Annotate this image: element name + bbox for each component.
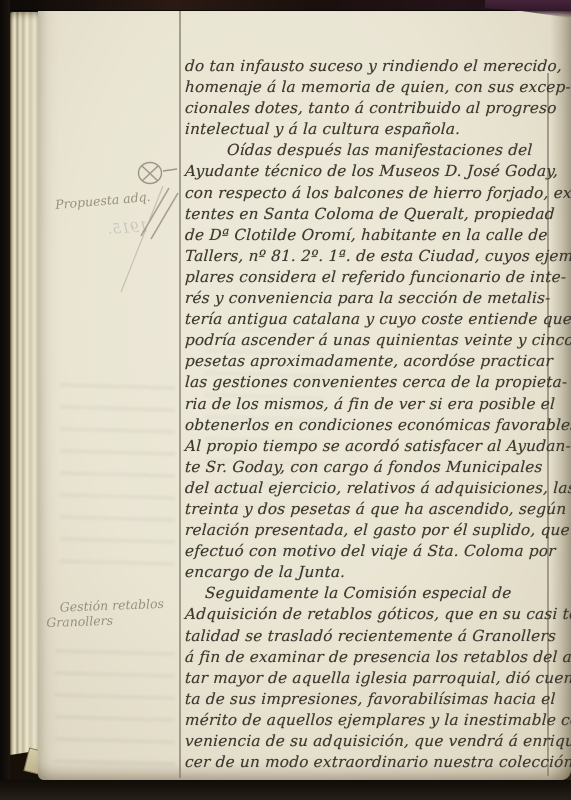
manuscript-line: veniencia de su adquisición, que vendrá … <box>184 731 547 752</box>
manuscript-line: tería antigua catalana y cuyo coste enti… <box>184 309 547 330</box>
manuscript-line: mérito de aquellos ejemplares y la inest… <box>184 710 547 731</box>
manuscript-line: do tan infausto suceso y rindiendo el me… <box>184 56 547 77</box>
manuscript-line: talidad se trasladó recientemente á Gran… <box>184 626 547 647</box>
manuscript-line: intelectual y á la cultura española. <box>184 119 547 140</box>
scanned-book-photo: 1915. do tan infausto suceso y rindiendo… <box>0 0 571 800</box>
book-page-stack-edge <box>8 12 41 774</box>
manuscript-line-paragraph-start: Seguidamente la Comisión especial de <box>184 583 547 604</box>
manuscript-line: Al propio tiempo se acordó satisfacer al… <box>184 436 547 457</box>
manuscript-line: relación presentada, el gasto por él sup… <box>184 520 547 541</box>
background-left-edge <box>0 0 10 800</box>
manuscript-line-paragraph-start: Oídas después las manifestaciones del <box>184 140 547 161</box>
manuscript-line: Ayudante técnico de los Museos D. José G… <box>184 161 547 182</box>
manuscript-line: treinta y dos pesetas á que ha ascendido… <box>184 499 547 520</box>
manuscript-line: cionales dotes, tanto á contribuido al p… <box>184 98 547 119</box>
manuscript-line: de Dª Clotilde Oromí, habitante en la ca… <box>184 225 547 246</box>
manuscript-line: las gestiones convenientes cerca de la p… <box>184 372 547 393</box>
manuscript-line: Tallers, nº 81. 2º. 1ª. de esta Ciudad, … <box>184 246 547 267</box>
manuscript-line: ria de los mismos, á fin de ver si era p… <box>184 394 547 415</box>
manuscript-line: podría ascender á unas quinientas veinte… <box>184 330 547 351</box>
manuscript-line: tentes en Santa Coloma de Queralt, propi… <box>184 204 547 225</box>
manuscript-line: tar mayor de aquella iglesia parroquial,… <box>184 668 547 689</box>
manuscript-line: rés y conveniencia para la sección de me… <box>184 288 547 309</box>
manuscript-line: ta de sus impresiones, favorabilísimas h… <box>184 689 547 710</box>
manuscript-line: encargo de la Junta. <box>184 562 547 583</box>
manuscript-line: pesetas aproximadamente, acordóse practi… <box>184 351 547 372</box>
left-margin-rule-line <box>179 10 181 778</box>
manuscript-line: efectuó con motivo del viaje á Sta. Colo… <box>184 541 547 562</box>
manuscript-line: del actual ejercicio, relativos á adquis… <box>184 478 547 499</box>
margin-note-gestion: Gestión retablos Granollers <box>46 596 165 630</box>
manuscript-line: con respecto á los balcones de hierro fo… <box>184 183 547 204</box>
manuscript-line: plares considera el referido funcionario… <box>184 267 547 288</box>
manuscript-line: Adquisición de retablos góticos, que en … <box>184 604 547 625</box>
background-bottom-edge <box>0 780 571 800</box>
manuscript-line: te Sr. Goday, con cargo á fondos Municip… <box>184 457 547 478</box>
manuscript-line: cer de un modo extraordinario nuestra co… <box>184 752 547 773</box>
manuscript-text-block: do tan infausto suceso y rindiendo el me… <box>185 56 547 773</box>
circle-cross-icon <box>139 163 178 184</box>
manuscript-line: homenaje á la memoria de quien, con sus … <box>184 77 547 98</box>
manuscript-line: obtenerlos en condiciones económicas fav… <box>184 415 547 436</box>
manuscript-line: á fin de examinar de presencia los retab… <box>184 647 547 668</box>
pencil-marks <box>100 150 192 315</box>
